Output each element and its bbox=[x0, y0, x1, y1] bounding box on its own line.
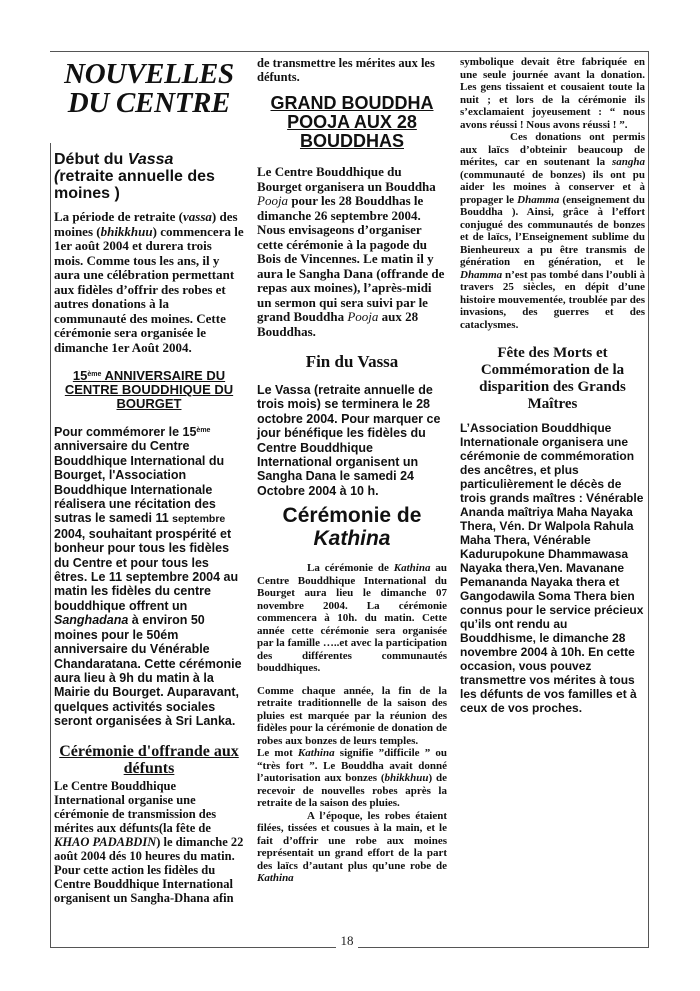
frame-left-rule bbox=[50, 143, 51, 948]
text-italic: KHAO PADABDIN bbox=[54, 835, 156, 849]
grand-bouddha-body: Le Centre Bouddhique du Bourget organise… bbox=[257, 165, 447, 339]
vassa-heading-prefix: Début du bbox=[54, 151, 128, 168]
fete-des-morts-body: L’Association Bouddhique Internationale … bbox=[460, 421, 645, 715]
text-run: à environ 50 moines pour le 50ém anniver… bbox=[54, 613, 242, 728]
kathina-heading-line-1: Cérémonie de bbox=[257, 504, 447, 527]
vassa-heading-rest: retraite annuelle des moines ) bbox=[54, 168, 215, 202]
kathina-heading-line-2: Kathina bbox=[257, 527, 447, 550]
kathina-paragraph-2: Comme chaque année, la fin de la retrait… bbox=[257, 685, 447, 748]
column-3: symbolique devait être fabriquée en une … bbox=[460, 56, 645, 715]
text-run: Le mot bbox=[257, 747, 298, 759]
text-italic: Kathina bbox=[298, 747, 335, 759]
kathina-paragraph-3: Le mot Kathina signifie ”difficile ” ou … bbox=[257, 747, 447, 810]
text-italic: sangha bbox=[612, 156, 645, 168]
column-2: de transmettre les mérites aux les défun… bbox=[257, 56, 447, 885]
kathina-heading: Cérémonie de Kathina bbox=[257, 504, 447, 550]
text-run: Pour cette action les fidèles du Centre … bbox=[54, 863, 234, 905]
text-italic: Sanghadana bbox=[54, 613, 128, 627]
text-italic: Pooja bbox=[347, 309, 378, 324]
offrande-body: Le Centre Bouddhique International organ… bbox=[54, 779, 244, 905]
text-run: 15 bbox=[73, 368, 87, 383]
page-number: 18 bbox=[336, 933, 358, 949]
frame-bottom-rule-left bbox=[50, 947, 336, 948]
vassa-heading-italic: Vassa bbox=[128, 151, 174, 168]
column-1: NOUVELLES DU CENTRE Début du Vassa (retr… bbox=[54, 56, 244, 905]
text-run: Pour commémorer le 15 bbox=[54, 425, 196, 439]
text-run: 2004, souhaitant prospérité et bonheur p… bbox=[54, 527, 238, 613]
frame-top-rule bbox=[50, 51, 648, 52]
anniversary-body: Pour commémorer le 15ème anniversaire du… bbox=[54, 425, 244, 729]
masthead-line-1: NOUVELLES bbox=[54, 60, 244, 89]
text-sup: ème bbox=[87, 371, 101, 378]
text-italic: bhikkhuu bbox=[385, 772, 429, 784]
fete-des-morts-heading: Fête des Morts et Commémoration de la di… bbox=[460, 345, 645, 413]
vassa-heading: Début du Vassa (retraite annuelle des mo… bbox=[54, 151, 244, 202]
text-run: La cérémonie de bbox=[307, 562, 394, 574]
fin-du-vassa-body: Le Vassa (retraite annuelle de trois moi… bbox=[257, 383, 447, 498]
text-run: au Centre Bouddhique International du Bo… bbox=[257, 562, 447, 674]
text-run: Le Centre Bouddhique International organ… bbox=[54, 779, 216, 835]
text-run: La période de retraite ( bbox=[54, 209, 183, 224]
text-italic: Dhamma bbox=[517, 194, 559, 206]
grand-bouddha-heading: GRAND BOUDDHA POOJA AUX 28 BOUDDHAS bbox=[257, 94, 447, 151]
text-italic: Kathina bbox=[257, 872, 294, 884]
frame-right-rule bbox=[648, 51, 649, 948]
text-run: pour les 28 Bouddhas le dimanche 26 sept… bbox=[257, 193, 444, 324]
text-italic: Dhamma bbox=[460, 269, 502, 281]
anniversary-heading: 15ème ANNIVERSAIRE DU CENTRE BOUDDHIQUE … bbox=[54, 369, 244, 411]
spacer bbox=[257, 675, 447, 685]
newsletter-page: 18 NOUVELLES DU CENTRE Début du Vassa (r… bbox=[0, 0, 700, 991]
kathina-paragraph-1: La cérémonie de Kathina au Centre Bouddh… bbox=[257, 562, 447, 675]
text-italic: Kathina bbox=[394, 562, 431, 574]
masthead-title: NOUVELLES DU CENTRE bbox=[54, 60, 244, 118]
text-run: septembre bbox=[172, 513, 225, 525]
frame-bottom-rule-right bbox=[358, 947, 649, 948]
text-sup: ème bbox=[196, 427, 210, 434]
text-italic: Pooja bbox=[257, 193, 288, 208]
text-italic: vassa bbox=[183, 209, 212, 224]
continuation-text: de transmettre les mérites aux les défun… bbox=[257, 56, 447, 84]
masthead-line-2: DU CENTRE bbox=[54, 89, 244, 118]
vassa-body: La période de retraite (vassa) des moine… bbox=[54, 210, 244, 355]
text-run: Le Centre Bouddhique du Bourget organise… bbox=[257, 164, 436, 194]
text-run: ) commencera le 1er août 2004 et durera … bbox=[54, 224, 244, 355]
text-run: A l’époque, les robes étaient filées, ti… bbox=[257, 810, 447, 872]
continuation-text: symbolique devait être fabriquée en une … bbox=[460, 56, 645, 131]
donations-paragraph: Ces donations ont permis aux laïcs d’obt… bbox=[460, 131, 645, 331]
fin-du-vassa-heading: Fin du Vassa bbox=[257, 353, 447, 371]
kathina-paragraph-4: A l’époque, les robes étaient filées, ti… bbox=[257, 810, 447, 885]
offrande-heading: Cérémonie d'offrande aux défunts bbox=[54, 743, 244, 777]
text-italic: bhikkhuu bbox=[101, 224, 153, 239]
